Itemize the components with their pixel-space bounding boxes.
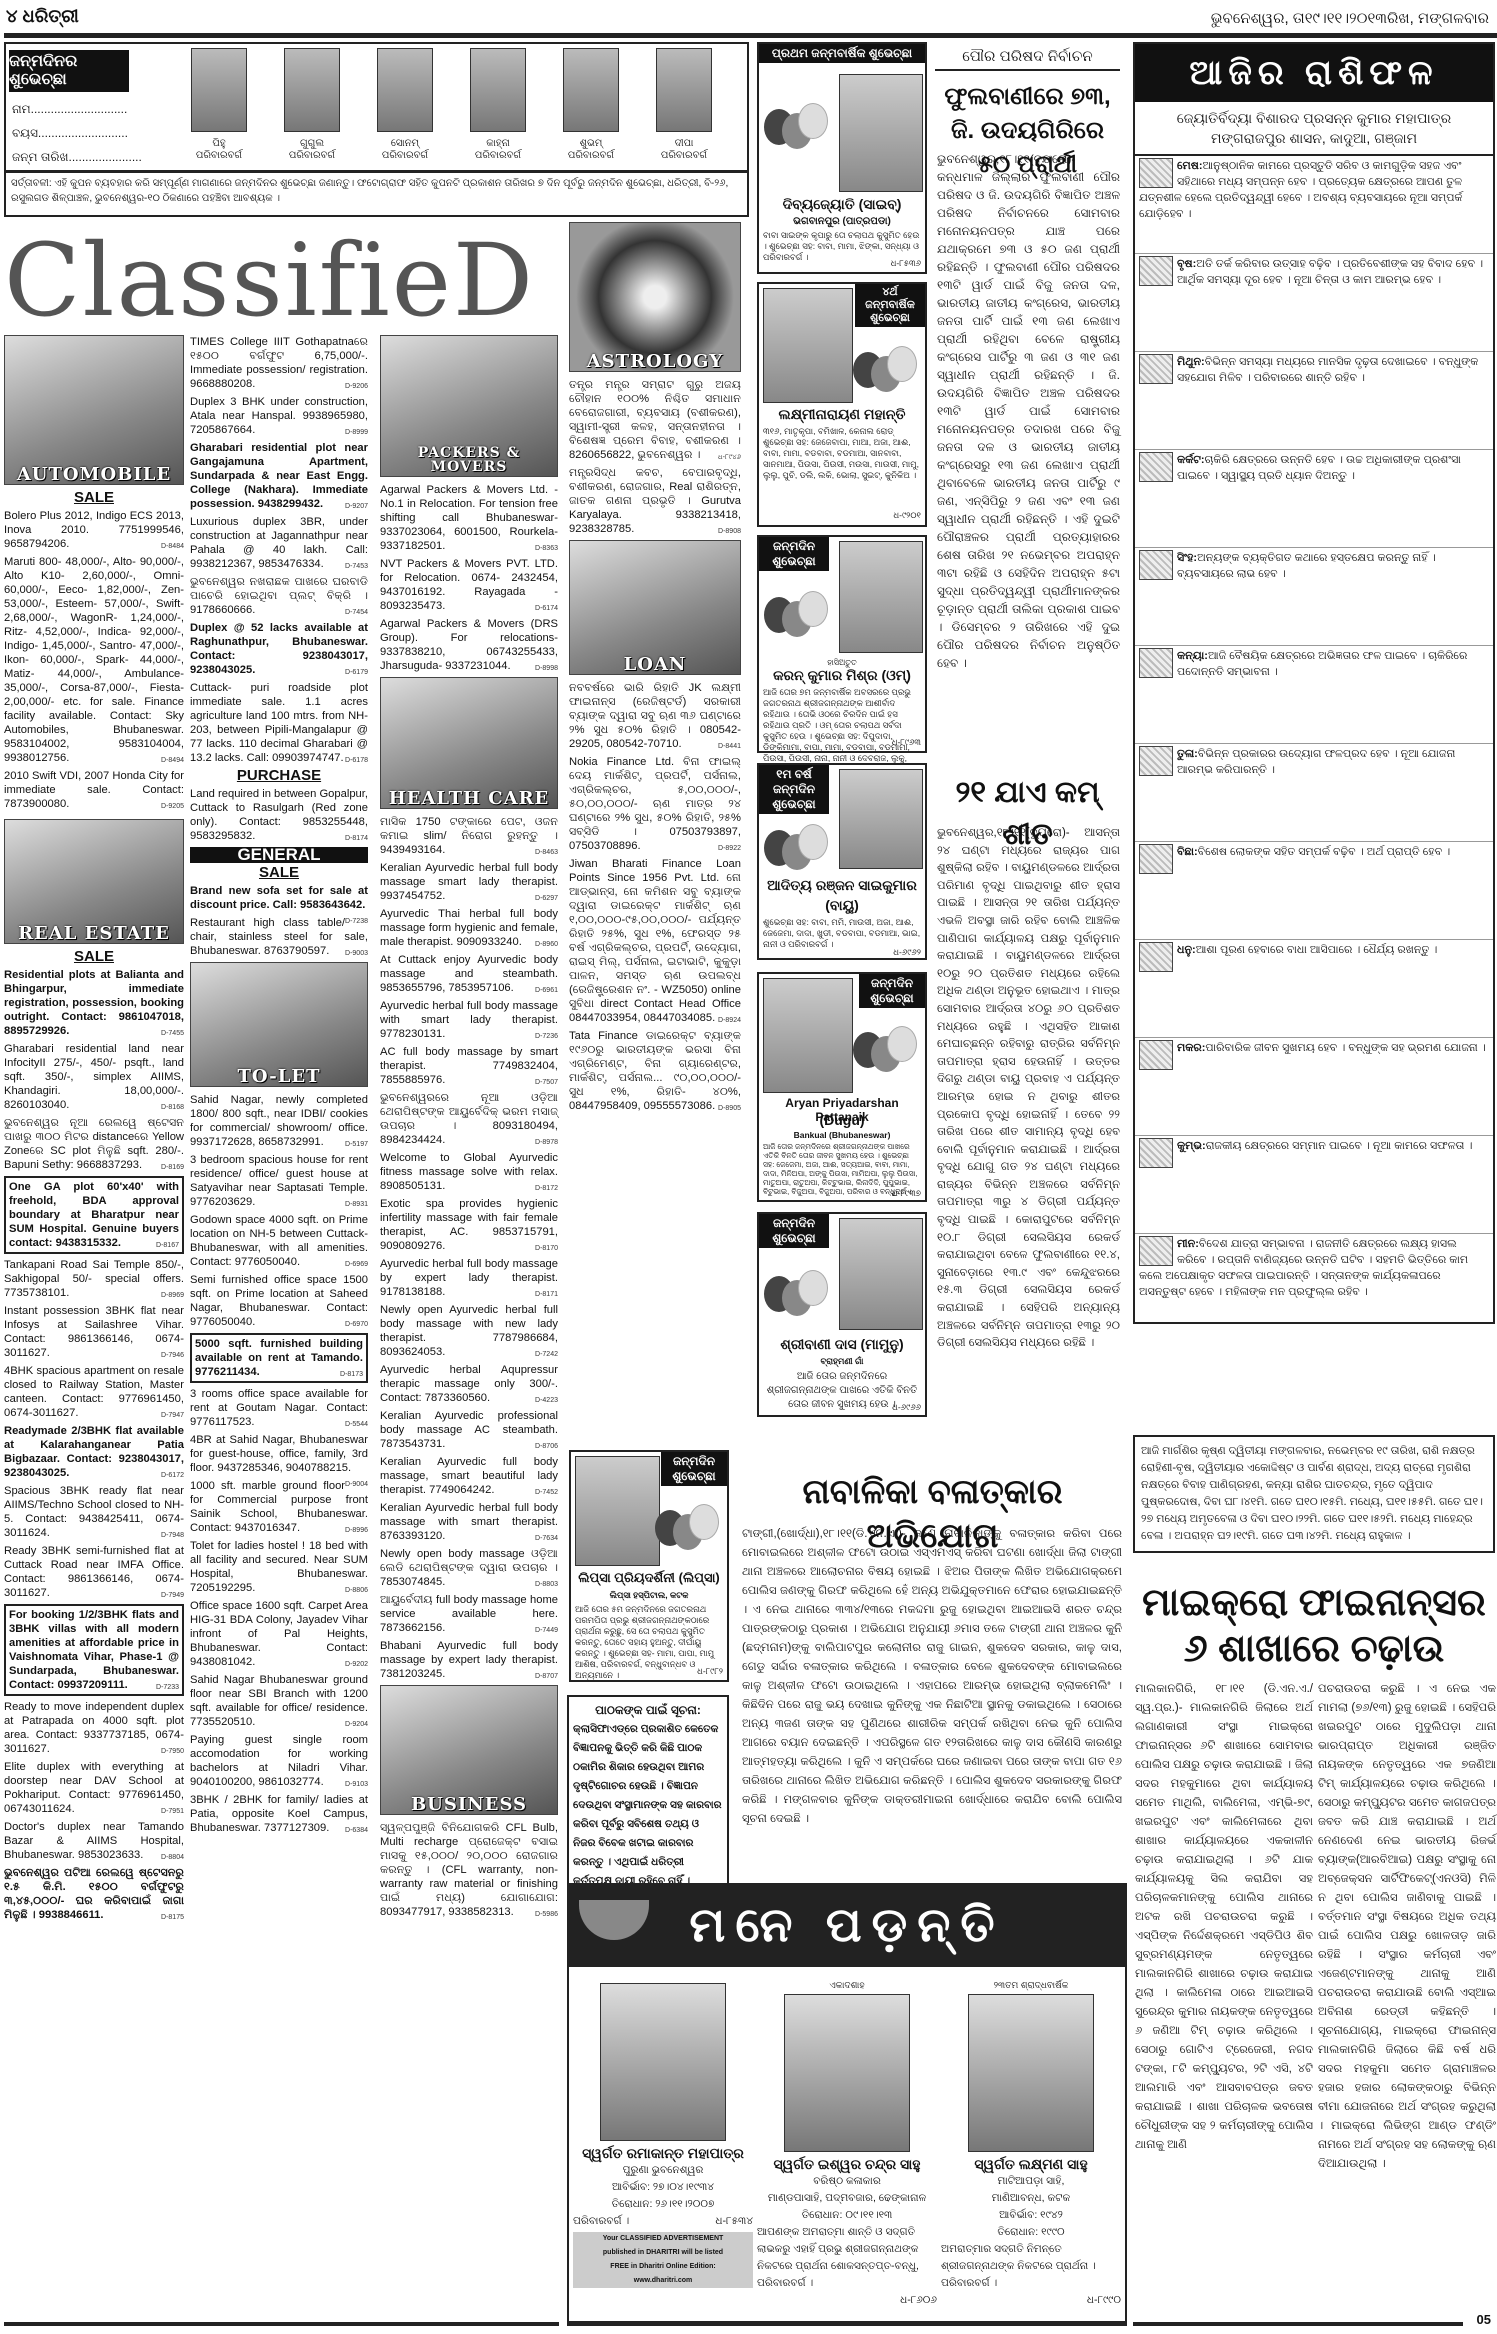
photo-family: ପରିବାରବର୍ଗ xyxy=(556,150,626,162)
balloons-icon xyxy=(655,1500,725,1580)
wish-code: ଧ-୮୯୮୨ xyxy=(575,1666,723,1677)
image-label: HEALTH CARE xyxy=(381,792,557,806)
dob-field[interactable]: ଜନ୍ମ ତାରିଖ...................... xyxy=(12,150,142,165)
classified-ad: ମନ୍ତ୍ରସିଦ୍ଧ କବଚ, ବେପାରବୃଦ୍ଧି, ବଶୀକରଣ, ରୋ… xyxy=(569,466,741,536)
classified-ad: Tankapani Road Sai Temple 850/-, Sakhigo… xyxy=(4,1258,184,1300)
wish-name: ଲିପ୍ସା ପ୍ରିୟଦର୍ଶିନୀ (ଲିପ୍ସା) xyxy=(571,1570,727,1586)
image-label: TO-LET xyxy=(191,1070,367,1084)
classified-ad: Residential plots at Balianta and Bhinga… xyxy=(4,968,184,1038)
wish-heading: ଜନ୍ମଦିନ ଶୁଭେଚ୍ଛା xyxy=(759,537,829,571)
news-headline: ମାଇକ୍ରୋ ଫାଇନାନ୍ସର ୬ ଶାଖାରେ ଚଢ଼ାଉ xyxy=(1133,1580,1495,1672)
wish-heading: ଜନ୍ମଦିନ ଶୁଭେଚ୍ଛା xyxy=(661,1452,727,1486)
header-rule xyxy=(4,33,1497,38)
wish-name: ଦିବ୍ୟଜ୍ୟୋତି (ସାଇବ୍) xyxy=(759,196,925,213)
wish-place: ବ୍ରାହ୍ମଣୀ ଗାଁ xyxy=(763,1356,921,1367)
sign-aquarius: କୁମ୍ଭ:ରାଜକୀୟ କ୍ଷେତ୍ରରେ ସମ୍ମାନ ପାଇବେ । ନୂ… xyxy=(1135,1136,1493,1234)
wish-photo xyxy=(763,978,853,1093)
classified-ad: Ayurvedic herbal full body massage with … xyxy=(380,999,558,1041)
footer-rule xyxy=(4,2322,559,2326)
person-name: ସ୍ୱର୍ଗତ ଇଶ୍ୱର ଚନ୍ଦ୍ର ସାହୁ xyxy=(757,2156,937,2173)
wish-alias: (Dugu) xyxy=(759,1112,925,1128)
wish-heading: ୧ମ ବର୍ଷ ଜନ୍ମଦିନ ଶୁଭେଚ୍ଛା xyxy=(759,765,829,814)
wish-place: ଭଗବାନପୁର (ପାତ୍ରପଡା) xyxy=(763,216,921,227)
classified-ad: ନବବର୍ଷରେ ଭାରି ରିହାତି JK ଲକ୍ଷ୍ମୀ ଫାଇନାନ୍ସ… xyxy=(569,681,741,751)
ad-code: ଧ-୮୬୦୬ xyxy=(757,2292,937,2309)
balloons-icon xyxy=(764,587,834,667)
person-detail: ଆପଣଙ୍କ ଅମରାତ୍ମା ଶାନ୍ତି ଓ ସଦ୍‌ଗତି ଲାଭକରୁ … xyxy=(757,2224,937,2292)
sign-libra: ତୁଳା:ବିଭିନ୍ନ ପ୍ରକାରର ଉଦ୍ୟୋଗ ଫଳପ୍ରଦ ହେବ ।… xyxy=(1135,744,1493,842)
packers-movers-image: PACKERS & MOVERS xyxy=(380,335,558,477)
sign-virgo: କନ୍ୟା:ଆଜି ବୈଷୟିକ କ୍ଷେତ୍ରରେ ଅଭିଜ୍ଞତାର ଫଳ … xyxy=(1135,646,1493,744)
child-photo xyxy=(284,48,340,132)
horoscope-box: ଆଜିର ରାଶିଫଳ ଜ୍ୟୋତିର୍ବିଦ୍ୟା ବିଶାରଦ ପ୍ରସନ୍… xyxy=(1133,42,1495,1324)
person-detail: ତିରୋଧାନ: ୧୯୯୦ xyxy=(941,2224,1121,2241)
classified-ad: Readymade 2/3BHK flat available at Kalar… xyxy=(4,1424,184,1480)
birthday-wish: ପ୍ରଥମ ଜନ୍ମବାର୍ଷିକ ଶୁଭେଚ୍ଛା ଦିବ୍ୟଜ୍ୟୋତି (… xyxy=(757,42,927,274)
person-detail: ମାଟିଆପଡ଼ା ସାହି, xyxy=(941,2173,1121,2190)
diya-lamp-icon xyxy=(579,1900,649,1940)
classified-column-4: ASTROLOGY ତନ୍ତ୍ର ମନ୍ତ୍ର ସମ୍ରାଟ ଗୁରୁ ଅଜୟ … xyxy=(569,222,741,1117)
classified-ad-boxed: 5000 sqft. furnished building available … xyxy=(190,1333,368,1383)
balloons-icon xyxy=(764,1266,834,1346)
child-photo xyxy=(377,48,433,132)
classified-column-2: TIMES College IIIT Gothapatnaରେ ୧୫୦୦ ବର୍… xyxy=(190,335,368,1839)
dateline: ଭୁବନେଶ୍ୱର, ତା୧୯।୧୧।୨୦୧୩ରିଖ, ମଙ୍ଗଳବାର xyxy=(1211,10,1489,27)
obituary-person: ଏକାଦଶାହ ସ୍ୱର୍ଗତ ଇଶ୍ୱର ଚନ୍ଦ୍ର ସାହୁ ବରିଷ୍ଠ… xyxy=(757,1977,937,2309)
section-heading: SALE xyxy=(4,491,184,505)
classified-ad: Godown space 4000 sqft. on Prime locatio… xyxy=(190,1213,368,1269)
section-heading: SALE xyxy=(4,950,184,964)
virgo-icon xyxy=(1139,648,1173,678)
classified-ad: TIMES College IIIT Gothapatnaରେ ୧୫୦୦ ବର୍… xyxy=(190,335,368,391)
person-photo xyxy=(784,1994,910,2152)
wish-photo xyxy=(839,74,923,192)
child-photo xyxy=(470,48,526,132)
sign-scorpio: ବିଛା:ବିଶେଷ ଲୋକଙ୍କ ସହିତ ସମ୍ପର୍କ ବଢ଼ିବ । ଅ… xyxy=(1135,842,1493,940)
classified-ad: Ayurvedic Thai herbal full body massage … xyxy=(380,907,558,949)
photo-name: କାହ୍ନା xyxy=(463,138,533,150)
birthday-wish: ଜନ୍ମଦିନ ଶୁଭେଚ୍ଛା ଶ୍ରୀବାଣୀ ଦାସ (ମାମୁନୁ) ବ… xyxy=(757,1212,927,1417)
news-body: ଟାଙ୍ଗୀ,(ଖୋର୍ଦ୍ଧା),୧୮।୧୧(ଡି.ଏନ.ଏ.)- ଜଣେ ନ… xyxy=(742,1525,1122,1829)
classified-ad: ତନ୍ତ୍ର ମନ୍ତ୍ର ସମ୍ରାଟ ଗୁରୁ ଅଜୟ ଚୌହାନ ୧୦୦%… xyxy=(569,378,741,462)
classified-ad: Cuttack- puri roadside plot immediate sa… xyxy=(190,681,368,765)
real-estate-image: REAL ESTATE xyxy=(4,819,184,944)
classified-ad: Ready to move independent duplex at Patr… xyxy=(4,1700,184,1756)
classified-ad: Doctor's duplex near Tamando Bazar & AII… xyxy=(4,1820,184,1862)
sign-sagittarius: ଧନୁ:ଆଶା ପୂରଣ ହେବାରେ ବାଧା ଆସିପାରେ । ଧୈର୍ଯ… xyxy=(1135,940,1493,1038)
classified-ad: Keralian Ayurvedic herbal full body mass… xyxy=(380,861,558,903)
person-name: ସ୍ୱର୍ଗତ ରମାକାନ୍ତ ମହାପାତ୍ର xyxy=(573,2145,753,2162)
footer-rule xyxy=(567,2322,1127,2326)
classified-ad: Elite duplex with everything at doorstep… xyxy=(4,1760,184,1816)
birthday-wish: ୪ର୍ଥ ଜନ୍ମବାର୍ଷିକ ଶୁଭେଚ୍ଛା ଲକ୍ଷ୍ମୀନାରାୟଣ … xyxy=(757,282,927,527)
sign-capricorn: ମକର:ପାରିବାରିକ ଜୀବନ ସୁଖମୟ ହେବ । ବନ୍ଧୁଙ୍କ … xyxy=(1135,1038,1493,1136)
classified-ad: ଆୟୁର୍ବେଦୀୟ full body massage home servic… xyxy=(380,1593,558,1635)
news-kicker: ପୌର ପରିଷଦ ନିର୍ବାଚନ xyxy=(935,48,1120,71)
obituary-person: ସ୍ୱର୍ଗତ ରମାକାନ୍ତ ମହାପାତ୍ର ପୁରୁଣା ଭୁବନେଶ୍… xyxy=(573,1983,753,2288)
sign-cancer: କର୍କଟ:ଚାକିରି କ୍ଷେତ୍ରରେ ଉନ୍ନତି ହେବ । ଉଚ୍ଚ… xyxy=(1135,450,1493,548)
classified-column-3: PACKERS & MOVERS Agarwal Packers & Mover… xyxy=(380,335,558,1923)
classified-ad: Instant possession 3BHK flat near Infosy… xyxy=(4,1304,184,1360)
obituary-box: ମନେ ପଡ଼ନ୍ତି ସ୍ୱର୍ଗତ ରମାକାନ୍ତ ମହାପାତ୍ର ପୁ… xyxy=(567,1883,1127,2323)
page-label: ୪ ଧରିତ୍ରୀ xyxy=(6,6,79,27)
classified-ad: Spacious 3BHK ready flat near AIIMS/Tech… xyxy=(4,1484,184,1540)
image-label: AUTOMOBILE xyxy=(5,468,183,482)
person-photo xyxy=(600,1983,726,2141)
loan-image: LOAN xyxy=(569,540,741,675)
obituary-banner: ମନେ ପଡ଼ନ୍ତି xyxy=(569,1885,1125,1967)
classified-ad: ଭୁବନେଶ୍ୱରରେ ନୂଆ ଓଡ଼ିଆ ଥେରାପିଷ୍ଟଙ୍କ ଆୟୁର୍… xyxy=(380,1091,558,1147)
classified-ad: Duplex 3 BHK under construction, Atala n… xyxy=(190,395,368,437)
wish-code: ଧ-୮୯୬୩ xyxy=(763,737,921,748)
wish-heading: ଜନ୍ମଦିନ ଶୁଭେଚ୍ଛା xyxy=(859,974,925,1008)
classified-ad: Restaurant high class table/ chair, stai… xyxy=(190,916,368,958)
scorpio-icon xyxy=(1139,844,1173,874)
news-body: ଭୁବନେଶ୍ୱର,୧୮।୧୧(ବ୍ୟୁରୋ)- ଆସନ୍ତା ୨୪ ଘଣ୍ଟା… xyxy=(937,825,1120,1353)
classified-ad: At Cuttack enjoy Ayurvedic body massage … xyxy=(380,953,558,995)
wish-code: ଧ-୯୨୦୧ xyxy=(763,510,921,521)
notice-body: କ୍ଲାସିଫାଏଡ୍‌ରେ ପ୍ରକାଶିତ କେତେକ ବିଜ୍ଞାପନକୁ… xyxy=(573,1720,723,1891)
classified-ad: Tolet for ladies hostel ! 18 bed with al… xyxy=(190,1539,368,1595)
astrologer-address: ମଙ୍ଗରାଜପୁର ଶାସନ, କାଦୁଆ, ଗଞ୍ଜାମ xyxy=(1135,128,1493,148)
wish-code: ଧ-୬୯୬୬ xyxy=(763,1402,921,1413)
astrologer-name: ଜ୍ୟୋତିର୍ବିଦ୍ୟା ବିଶାରଦ ପ୍ରସନ୍ନ କୁମାର ମହାପ… xyxy=(1135,108,1493,128)
online-edition-note: Your CLASSIFIED ADVERTISEMENTpublished i… xyxy=(573,2232,753,2288)
classified-ad: Luxurious duplex 3BR, under construction… xyxy=(190,515,368,571)
wish-photo xyxy=(763,288,853,403)
classified-ad: Newly open body massage ଓଡ଼ିଆ ଲେଡି ଥେରାପ… xyxy=(380,1547,558,1589)
classified-ad: ଭୁବନେଶ୍ୱର ନଖରାଛକ ପାଖରେ ଘରବାଡି ପାଚେରି ହୋଇ… xyxy=(190,575,368,617)
balloons-icon xyxy=(853,1022,923,1102)
classified-ad: NVT Packers & Movers PVT. LTD. for Reloc… xyxy=(380,557,558,613)
photo-family: ପରିବାରବର୍ଗ xyxy=(370,150,440,162)
wish-name: ଲକ୍ଷ୍ମୀନାରାୟଣ ମହାନ୍ତି xyxy=(759,406,925,423)
obituary-title: ମନେ ପଡ଼ନ୍ତି xyxy=(689,1899,1004,1952)
person-name: ସ୍ୱର୍ଗତ ଲକ୍ଷ୍ମଣ ସାହୁ xyxy=(941,2156,1121,2173)
page-number: 05 xyxy=(1477,2312,1491,2327)
panjika-box: ଆଜି ମାର୍ଗଶିର କୃଷ୍ଣ ଦ୍ୱିତୀୟା ମଙ୍ଗଳବାର, ନଭ… xyxy=(1133,1435,1495,1553)
pisces-icon xyxy=(1139,1236,1173,1266)
coupon-terms: ସର୍ତ୍ତାବଳୀ: ଏହି କୁପନ ବ୍ୟବହାର କରି ସମ୍ପୂର୍… xyxy=(4,172,749,217)
image-label: BUSINESS xyxy=(381,1798,557,1812)
sign-taurus: ବୃଷ:ଅତି ତର୍କ କରିବାର ଉତ୍ସାହ ବଢ଼ିବ । ପ୍ରତି… xyxy=(1135,254,1493,352)
photo-family: ପରିବାରବର୍ଗ xyxy=(184,150,254,162)
classified-ad: 3BHK / 2BHK for family/ ladies at Patia,… xyxy=(190,1793,368,1835)
child-photo xyxy=(656,48,712,132)
cancer-icon xyxy=(1139,452,1173,482)
classified-ad: ଭୁବନେଶ୍ୱର ପଟିଆ ରେଲୱେ ଷ୍ଟେସନରୁ ୧.୫ କି.ମି.… xyxy=(4,1866,184,1922)
photo-name: ଗୁଗୁଲ xyxy=(277,138,347,150)
wish-photo xyxy=(839,1218,923,1330)
coupon-title: ଜନ୍ମଦିନର ଶୁଭେଚ୍ଛା xyxy=(9,50,129,92)
footer-rule xyxy=(1133,2322,1463,2326)
to-let-image: TO-LET xyxy=(190,962,368,1087)
balloons-icon xyxy=(764,99,834,179)
classified-ad: Agarwal Packers & Movers Ltd. - No.1 in … xyxy=(380,483,558,553)
sign-leo: ସିଂହ:ଅନ୍ୟଙ୍କ ବ୍ୟକ୍ତିଗତ କଥାରେ ହସ୍ତକ୍ଷେପ କ… xyxy=(1135,548,1493,646)
classified-ad: Sahid Nagar, newly completed 1800/ 800 s… xyxy=(190,1093,368,1149)
photo-name: ପିହୁ xyxy=(184,138,254,150)
image-label: REAL ESTATE xyxy=(5,927,183,941)
general-heading: GENERAL xyxy=(190,847,368,863)
automobile-image: AUTOMOBILE xyxy=(4,335,184,485)
sale-heading: SALE xyxy=(190,866,368,880)
classified-ad: ମାସିକ 1750 ଟଙ୍କାରେ ପେଟ, ଓଜନ କମାଇ slim/ ନ… xyxy=(380,815,558,857)
classified-ad: 3 bedroom spacious house for rent reside… xyxy=(190,1153,368,1209)
person-detail: ମାଣିଆବନ୍ଧ, କଟକ xyxy=(941,2190,1121,2207)
wish-code: ଧ-୬୯୬୨ xyxy=(763,947,921,958)
purchase-heading: PURCHASE xyxy=(190,769,368,783)
wish-place: Bankual (Bhubaneswar) xyxy=(763,1130,921,1141)
classified-ad: Agarwal Packers & Movers (DRS Group). Fo… xyxy=(380,617,558,673)
person-detail: ପରିବାରବର୍ଗ । xyxy=(573,2213,629,2230)
person-caption: ଏକାଦଶାହ xyxy=(757,1977,937,1994)
classified-ad: Nokia Finance Ltd. ବିନା ଫାଇଲ୍ ଦେୟ ମାର୍କଶ… xyxy=(569,755,741,853)
classified-ad: Ready 3BHK semi-furnished flat at Cuttac… xyxy=(4,1544,184,1600)
birthday-wish: ଜନ୍ମଦିନ ଶୁଭେଚ୍ଛା ହାସିଅତୁତ କରନ୍ କୁମାର ମିଶ… xyxy=(757,535,927,753)
sign-pisces: ମୀନ:ବିଦେଶ ଯାତ୍ରା ସମ୍ଭାବନା । ରାଜନୀତି କ୍ଷେ… xyxy=(1135,1234,1493,1322)
wish-message: ଆଜି ତୋର ୭ମ ଜନ୍ମବାର୍ଷିକ ଅବସରରେ ପ୍ରଭୁ ଜଗତର… xyxy=(763,687,921,775)
classified-ad: Ayurvedic herbal Aqupressur therapic mas… xyxy=(380,1363,558,1405)
child-photo xyxy=(191,48,247,132)
classified-ad: Office space 1600 sqft. Carpet Area HIG-… xyxy=(190,1599,368,1669)
sign-aries: ମେଷ:ଆନୁଷ୍ଠାନିକ କାମରେ ପ୍ରସ୍ତୁତି ସରିବ ଓ କା… xyxy=(1135,156,1493,254)
person-detail: ପୁରୁଣା ଭୁବନେଶ୍ୱର xyxy=(573,2162,753,2179)
horoscope-title: ଆଜିର ରାଶିଫଳ xyxy=(1135,44,1493,102)
classified-ad: 4BR at Sahid Nagar, Bhubaneswar for gues… xyxy=(190,1433,368,1475)
photo-family: ପରିବାରବର୍ଗ xyxy=(649,150,719,162)
reader-notice: ପାଠକଙ୍କ ପାଇଁ ସୂଚନା: କ୍ଲାସିଫାଏଡ୍‌ରେ ପ୍ରକା… xyxy=(567,1695,729,1897)
person-detail: ଅମରାତ୍ମାର ସଦ୍‌ଗତି ନିମନ୍ତେ ଶ୍ରୀଜଗନ୍ନାଥଙ୍କ… xyxy=(941,2241,1121,2292)
classified-ad: AC full body massage by smart therapist.… xyxy=(380,1045,558,1087)
classified-ad: ସ୍ୱଳ୍ପପୁଞ୍ଜି ବିନିଯୋଗକରି CFL Bulb, Multi … xyxy=(380,1821,558,1919)
astrologer-info: ଜ୍ୟୋତିର୍ବିଦ୍ୟା ବିଶାରଦ ପ୍ରସନ୍ନ କୁମାର ମହାପ… xyxy=(1135,102,1493,156)
classified-ad: Keralian Ayurvedic professional body mas… xyxy=(380,1409,558,1451)
wish-alias: (ବାୟୁ) xyxy=(759,897,925,914)
wish-name: ଶ୍ରୀବାଣୀ ଦାସ (ମାମୁନୁ) xyxy=(759,1336,925,1353)
classified-ad: Land required in between Gopalpur, Cutta… xyxy=(190,787,368,843)
person-detail: ଆବିର୍ଭାବ: ୨୭।୦୪।୧୯୩୪ xyxy=(573,2179,753,2196)
classified-banner: ClassifieD xyxy=(4,225,559,335)
wish-place: ଲିପ୍ସା ହସ୍ପିଟାଲ, କଟକ xyxy=(575,1590,723,1601)
gemini-icon xyxy=(1139,354,1173,384)
person-detail: ମାଣ୍ଡପାସାହି, ପଦ୍ମବଜାର, ଢେଙ୍କାନାଳ xyxy=(757,2190,937,2207)
classified-ad: Bolero Plus 2012, Indigo ECS 2013, Inova… xyxy=(4,509,184,551)
ad-code: ଧ-୮୫୩୪ xyxy=(715,2213,753,2230)
classified-ad: Gharabari residential plot near Gangajam… xyxy=(190,441,368,511)
classified-ad: ଭୁବନେଶ୍ୱର ନୂଆ ରେଲୱେ ଷ୍ଟେସନ ପାଖରୁ ୩୦୦ ମିଟ… xyxy=(4,1116,184,1172)
person-detail: ଆବିର୍ଭାବ: ୧୯୪୨ xyxy=(941,2207,1121,2224)
person-detail: ବରିଷ୍ଠ କଳାକାର xyxy=(757,2173,937,2190)
birthday-wish: ଜନ୍ମଦିନ ଶୁଭେଚ୍ଛା Aryan Priyadarshan Patt… xyxy=(757,972,927,1202)
classified-ad: Jiwan Bharati Finance Loan Points Since … xyxy=(569,857,741,1025)
classified-ad: Gharabari residential land near Infocity… xyxy=(4,1042,184,1112)
classified-ad: Ayurvedic herbal full body massage by ex… xyxy=(380,1257,558,1299)
classified-ad: Exotic spa provides hygienic infertility… xyxy=(380,1197,558,1253)
child-photo xyxy=(563,48,619,132)
classified-ad: Tata Finance ଡାଇରେକ୍ଟ ବ୍ୟାଙ୍କ ୧୯୬୦ରୁ ଭାର… xyxy=(569,1029,741,1113)
birthday-wish: ୧ମ ବର୍ଷ ଜନ୍ମଦିନ ଶୁଭେଚ୍ଛା ଆଦିତ୍ୟ ରଞ୍ଜନ ସା… xyxy=(757,763,927,960)
image-label: ASTROLOGY xyxy=(570,355,740,369)
classified-ad: 1000 sft. marble ground floor for Commer… xyxy=(190,1479,368,1535)
person-caption: ୨୩ତମ ଶ୍ରାଦ୍ଧବାର୍ଷିକ xyxy=(941,1977,1121,1994)
news-body-col2: ପଚରାଉଚରା କରୁଛି । ଏ ନେଇ ଏକ ମାମଲା (୭୬/୧୩) … xyxy=(1318,1680,1496,2174)
wish-message: ଶୁଭେଚ୍ଛା ସହ: ବାବା, ମମି, ମାଉସୀ, ଅଜା, ଆଈ, … xyxy=(763,917,921,950)
wish-heading: ୪ର୍ଥ ଜନ୍ମବାର୍ଷିକ ଶୁଭେଚ୍ଛା xyxy=(855,284,925,327)
classified-ad: Duplex @ 52 lacks available at Raghunath… xyxy=(190,621,368,677)
photo-family: ପରିବାରବର୍ଗ xyxy=(463,150,533,162)
aries-icon xyxy=(1139,158,1173,188)
ad-code: ଧ-୮୯୯୦ xyxy=(941,2292,1121,2309)
person-detail: ତିରୋଧାନ: ୦୯।୧୧।୧୩ xyxy=(757,2207,937,2224)
age-field[interactable]: ବୟସ........................... xyxy=(12,126,128,141)
wish-heading: ପ୍ରଥମ ଜନ୍ମବାର୍ଷିକ ଶୁଭେଚ୍ଛା xyxy=(759,44,925,63)
classified-ad: Maruti 800- 48,000/-, Alto- 90,000/-, Al… xyxy=(4,555,184,765)
classified-ad: Brand new sofa set for sale at discount … xyxy=(190,884,368,912)
birthday-coupon: ଜନ୍ମଦିନର ଶୁଭେଚ୍ଛା ନାମ...................… xyxy=(4,42,749,172)
classified-ad: Sahid Nagar Bhubaneswar ground floor nea… xyxy=(190,1673,368,1729)
classified-ad: Keralian Ayurvedic full body massage, sm… xyxy=(380,1455,558,1497)
classified-ad: Bhabani Ayurvedic full body massage by e… xyxy=(380,1639,558,1681)
capricorn-icon xyxy=(1139,1040,1173,1070)
taurus-icon xyxy=(1139,256,1173,286)
notice-title: ପାଠକଙ୍କ ପାଇଁ ସୂଚନା: xyxy=(573,1701,723,1720)
wish-photo xyxy=(839,541,923,653)
photo-name: ଶୁଭମ୍ xyxy=(556,138,626,150)
photo-name: ସୋନମ୍ xyxy=(370,138,440,150)
classified-ad: Newly open Ayurvedic herbal full body ma… xyxy=(380,1303,558,1359)
classified-ad-boxed: For booking 1/2/3BHK flats and 3BHK vill… xyxy=(4,1604,184,1696)
photo-name: ଦୀପା xyxy=(649,138,719,150)
photo-family: ପରିବାରବର୍ଗ xyxy=(277,150,347,162)
sagittarius-icon xyxy=(1139,942,1173,972)
astrology-image: ASTROLOGY xyxy=(569,222,741,372)
wish-photo xyxy=(575,1456,660,1566)
wish-message: ୩୧୬, ମାତୃକୃପା, ବମିଖାଳ, କେନାଲ ରୋଡ୍ ଶୁଭେଚ୍… xyxy=(763,426,921,481)
classified-ad-boxed: One GA plot 60'x40' with freehold, BDA a… xyxy=(4,1176,184,1254)
image-label: PACKERS & MOVERS xyxy=(381,446,557,474)
wish-name: କରନ୍ କୁମାର ମିଶ୍ର (ଓମ୍) xyxy=(759,667,925,684)
classified-ad: Keralian Ayurvedic herbal full body mass… xyxy=(380,1501,558,1543)
wish-code: ଧ-୮୯୩୭ xyxy=(763,1188,921,1199)
classified-column-1: AUTOMOBILE SALE Bolero Plus 2012, Indigo… xyxy=(4,335,184,1926)
sign-gemini: ମିଥୁନ:ବିଭିନ୍ନ ସମସ୍ୟା ମଧ୍ୟରେ ମାନସିକ ଦୃଢ଼ତ… xyxy=(1135,352,1493,450)
leo-icon xyxy=(1139,550,1173,580)
birthday-wish-lipsa: ଜନ୍ମଦିନ ଶୁଭେଚ୍ଛା ଲିପ୍ସା ପ୍ରିୟଦର୍ଶିନୀ (ଲି… xyxy=(569,1450,729,1682)
news-body-col1: ମାଲକାନଗିରି, ୧୮।୧୧ (ଡି.ଏନ.ଏ./ସ୍ୱ.ପ୍ର.)- ମ… xyxy=(1135,1680,1313,2155)
business-image: BUSINESS xyxy=(380,1685,558,1815)
aquarius-icon xyxy=(1139,1138,1173,1168)
classified-ad: Semi furnished office space 1500 sqft. o… xyxy=(190,1273,368,1329)
person-photo xyxy=(968,1994,1094,2152)
person-detail: ତିରୋଧାନ: ୨୬।୧୧।୨୦୦୭ xyxy=(573,2196,753,2213)
classified-ad: 2010 Swift VDI, 2007 Honda City for imme… xyxy=(4,769,184,811)
health-care-image: HEALTH CARE xyxy=(380,677,558,809)
name-field[interactable]: ନାମ............................. xyxy=(12,102,127,117)
wish-photo xyxy=(839,769,923,869)
libra-icon xyxy=(1139,746,1173,776)
news-body: ଭୁବନେଶ୍ୱର,୧୮।୧୧(ବ୍ୟୁରୋ)- କନ୍ଧମାଳ ଜିଲ୍ଲାର… xyxy=(937,150,1120,672)
classified-ad: 3 rooms office space available for rent … xyxy=(190,1387,368,1429)
wish-heading: ଜନ୍ମଦିନ ଶୁଭେଚ୍ଛା xyxy=(759,1214,829,1248)
obituary-person: ୨୩ତମ ଶ୍ରାଦ୍ଧବାର୍ଷିକ ସ୍ୱର୍ଗତ ଲକ୍ଷ୍ମଣ ସାହୁ… xyxy=(941,1977,1121,2309)
image-label: LOAN xyxy=(570,658,740,672)
classified-ad: Paying guest single room accomodation fo… xyxy=(190,1733,368,1789)
classified-ad: Welcome to Global Ayurvedic fitness mass… xyxy=(380,1151,558,1193)
wish-code: ଧ-୮୫୩୬ xyxy=(763,258,921,269)
classified-ad: 4BHK spacious apartment on resale closed… xyxy=(4,1364,184,1420)
wish-name: ଆଦିତ୍ୟ ରଞ୍ଜନ ସାଇକୁମାର xyxy=(759,877,925,894)
